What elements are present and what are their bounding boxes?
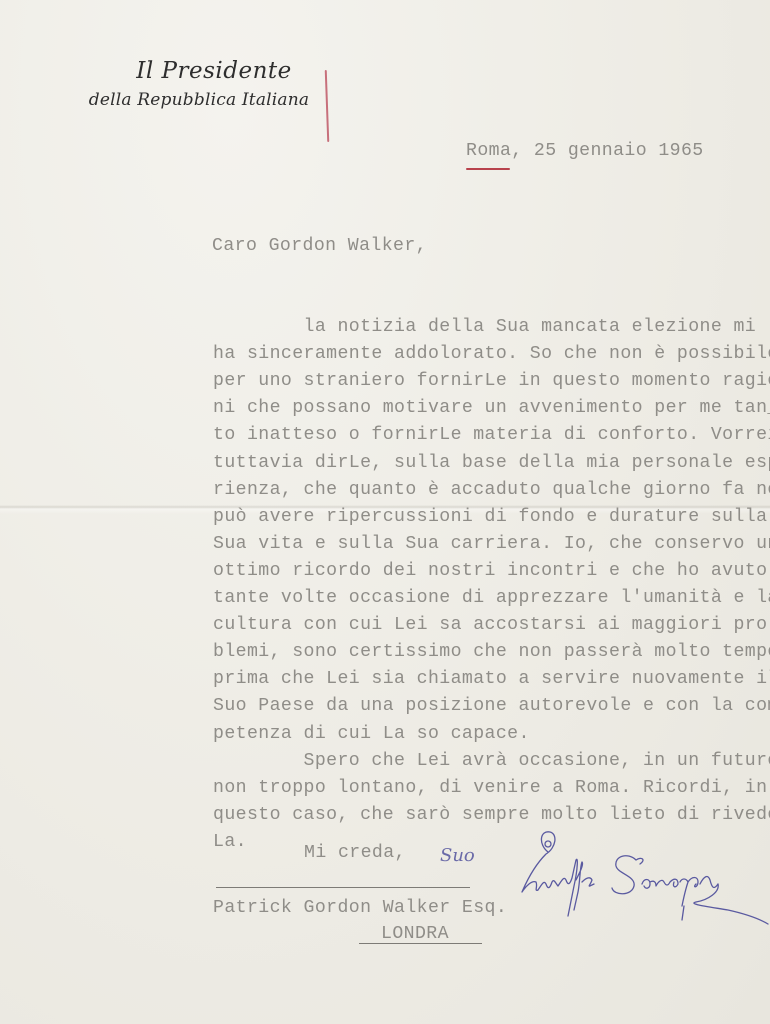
salutation: Caro Gordon Walker, [212,236,427,256]
letter-date: Roma, 25 gennaio 1965 [466,141,704,161]
body-line: può avere ripercussioni di fondo e durat… [213,504,770,531]
body-line: petenza di cui La so capace. [213,721,770,748]
body-line: per uno straniero fornirLe in questo mom… [213,368,770,395]
body-line: Spero che Lei avrà occasione, in un futu… [213,748,770,775]
body-line: ni che possano motivare un avvenimento p… [213,395,770,422]
recipient-name: Patrick Gordon Walker Esq. [213,898,507,918]
body-line: questo caso, che sarò sempre molto lieto… [213,802,770,829]
body-line: Suo Paese da una posizione autorevole e … [213,693,770,720]
body-line: Sua vita e sulla Sua carriera. Io, che c… [213,531,770,558]
recipient-city: LONDRA [381,924,449,944]
handwritten-suo: Suo [440,845,475,866]
letter-body: la notizia della Sua mancata elezione mi… [213,287,770,883]
letterhead: Il Presidente della Repubblica Italiana [64,55,334,113]
city-underline [359,943,482,944]
body-line: rienza, che quanto è accaduto qualche gi… [213,477,770,504]
body-line: ha sinceramente addolorato. So che non è… [213,341,770,368]
body-line: tante volte occasione di apprezzare l'um… [213,585,770,612]
signature-line [216,887,470,888]
body-line: blemi, sono certissimo che non passerà m… [213,639,770,666]
body-line: cultura con cui Lei sa accostarsi ai mag… [213,612,770,639]
closing-phrase: Mi creda, [304,843,406,863]
body-line: to inatteso o fornirLe materia di confor… [213,422,770,449]
signature [518,826,770,926]
body-line: la notizia della Sua mancata elezione mi [213,314,770,341]
body-line: non troppo lontano, di venire a Roma. Ri… [213,775,770,802]
body-line: ottimo ricordo dei nostri incontri e che… [213,558,770,585]
letterhead-title: Il Presidente [94,55,334,87]
letterhead-subtitle: della Repubblica Italiana [64,87,334,113]
red-underline-mark [466,168,510,170]
body-line: prima che Lei sia chiamato a servire nuo… [213,666,770,693]
body-line: tuttavia dirLe, sulla base della mia per… [213,450,770,477]
